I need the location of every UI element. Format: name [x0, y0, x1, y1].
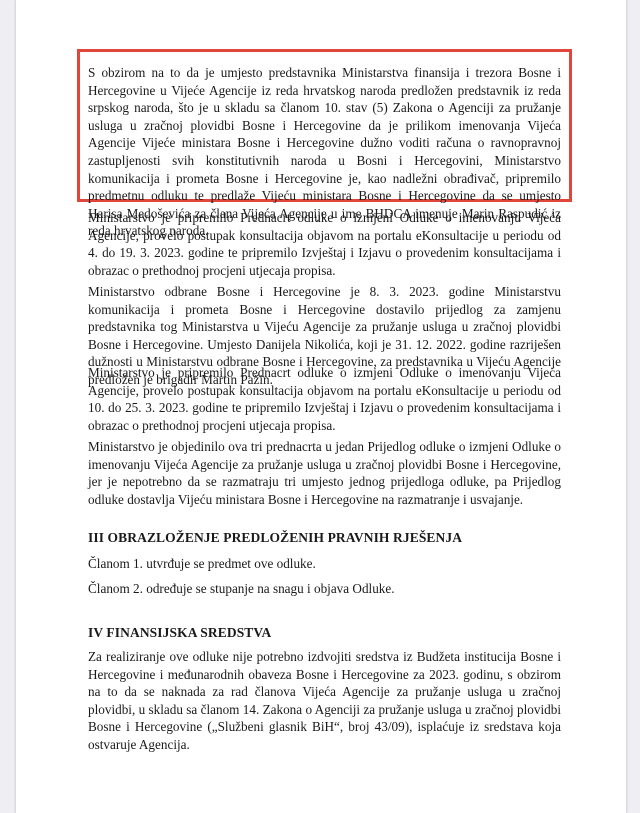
section-4-heading: IV FINANSIJSKA SREDSTVA [88, 625, 271, 641]
paragraph-3: Ministarstvo je pripremilo Prednacrt odl… [88, 364, 561, 434]
paragraph-text: Ministarstvo je objedinilo ova tri predn… [88, 438, 561, 508]
paragraph-text: Za realiziranje ove odluke nije potrebno… [88, 648, 561, 754]
paragraph-1: Ministarstvo je pripremilo Prednacrt odl… [88, 209, 561, 279]
section-4-paragraph: Za realiziranje ove odluke nije potrebno… [88, 648, 561, 754]
section-3-line-1: Članom 1. utvrđuje se predmet ove odluke… [88, 556, 316, 572]
paragraph-4: Ministarstvo je objedinilo ova tri predn… [88, 438, 561, 508]
paragraph-text: Ministarstvo je pripremilo Prednacrt odl… [88, 364, 561, 434]
paragraph-text: Ministarstvo je pripremilo Prednacrt odl… [88, 209, 561, 279]
section-3-heading: III OBRAZLOŽENJE PREDLOŽENIH PRAVNIH RJE… [88, 530, 462, 546]
section-3-line-2: Članom 2. određuje se stupanje na snagu … [88, 581, 395, 597]
